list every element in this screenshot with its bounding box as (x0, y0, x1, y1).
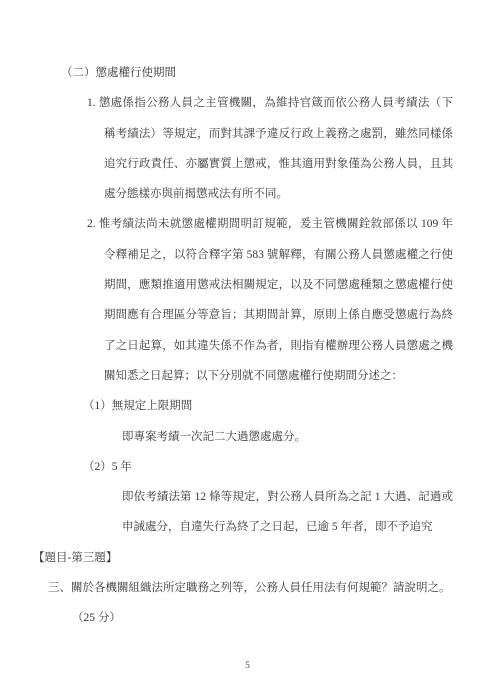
document-lines: （二）懲處權行使期間1. 懲處係指公務人員之主管機關，為維持官箴而依公務人員考績… (0, 58, 495, 634)
text-line: 【題目-第三題】 (33, 543, 495, 573)
text-line: 2. 惟考績法尚未就懲處權期間明訂規範，爰主管機關銓敘部係以 109 年 (87, 209, 453, 239)
text-line: 追究行政責任、亦屬實質上懲戒，惟其適用對象僅為公務人員，且其 (104, 149, 453, 179)
text-line: 令釋補足之，以符合釋字第 583 號解釋，有關公務人員懲處權之行使 (104, 240, 453, 270)
text-line: 三、關於各機關組織法所定職務之列等，公務人員任用法有何規範？請說明之。 (48, 573, 495, 603)
document-page: （二）懲處權行使期間1. 懲處係指公務人員之主管機關，為維持官箴而依公務人員考績… (0, 0, 495, 700)
text-line: 稱考績法）等規定，而對其課予違反行政上義務之處罰，雖然同樣係 (104, 119, 453, 149)
text-line: 期間，應類推適用懲戒法相關規定，以及不同懲處種類之懲處權行使 (104, 270, 453, 300)
text-line: 處分態樣亦與前揭懲戒法有所不同。 (104, 179, 495, 209)
text-line: 關知悉之日起算；以下分別就不同懲處權行使期間分述之： (104, 361, 495, 391)
text-line: （25 分） (72, 603, 495, 633)
text-line: （1）無規定上限期間 (83, 391, 495, 421)
text-line: 申誡處分，自違失行為終了之日起，已逾 5 年者，即不予追究 (122, 512, 495, 542)
text-line: 1. 懲處係指公務人員之主管機關，為維持官箴而依公務人員考績法（下 (87, 88, 453, 118)
text-line: 了之日起算，如其違失係不作為者，則指有權辦理公務人員懲處之機 (104, 331, 453, 361)
text-line: 即依考績法第 12 條等規定，對公務人員所為之記 1 大過、記過或 (122, 482, 453, 512)
text-line: 期間應有合理區分等意旨；其期間計算，原則上係自應受懲處行為終 (104, 300, 453, 330)
text-line: （二）懲處權行使期間 (61, 58, 495, 88)
text-line: （2）5 年 (83, 452, 495, 482)
text-line: 即專案考績一次記二大過懲處處分。 (122, 422, 495, 452)
page-number: 5 (0, 661, 495, 671)
